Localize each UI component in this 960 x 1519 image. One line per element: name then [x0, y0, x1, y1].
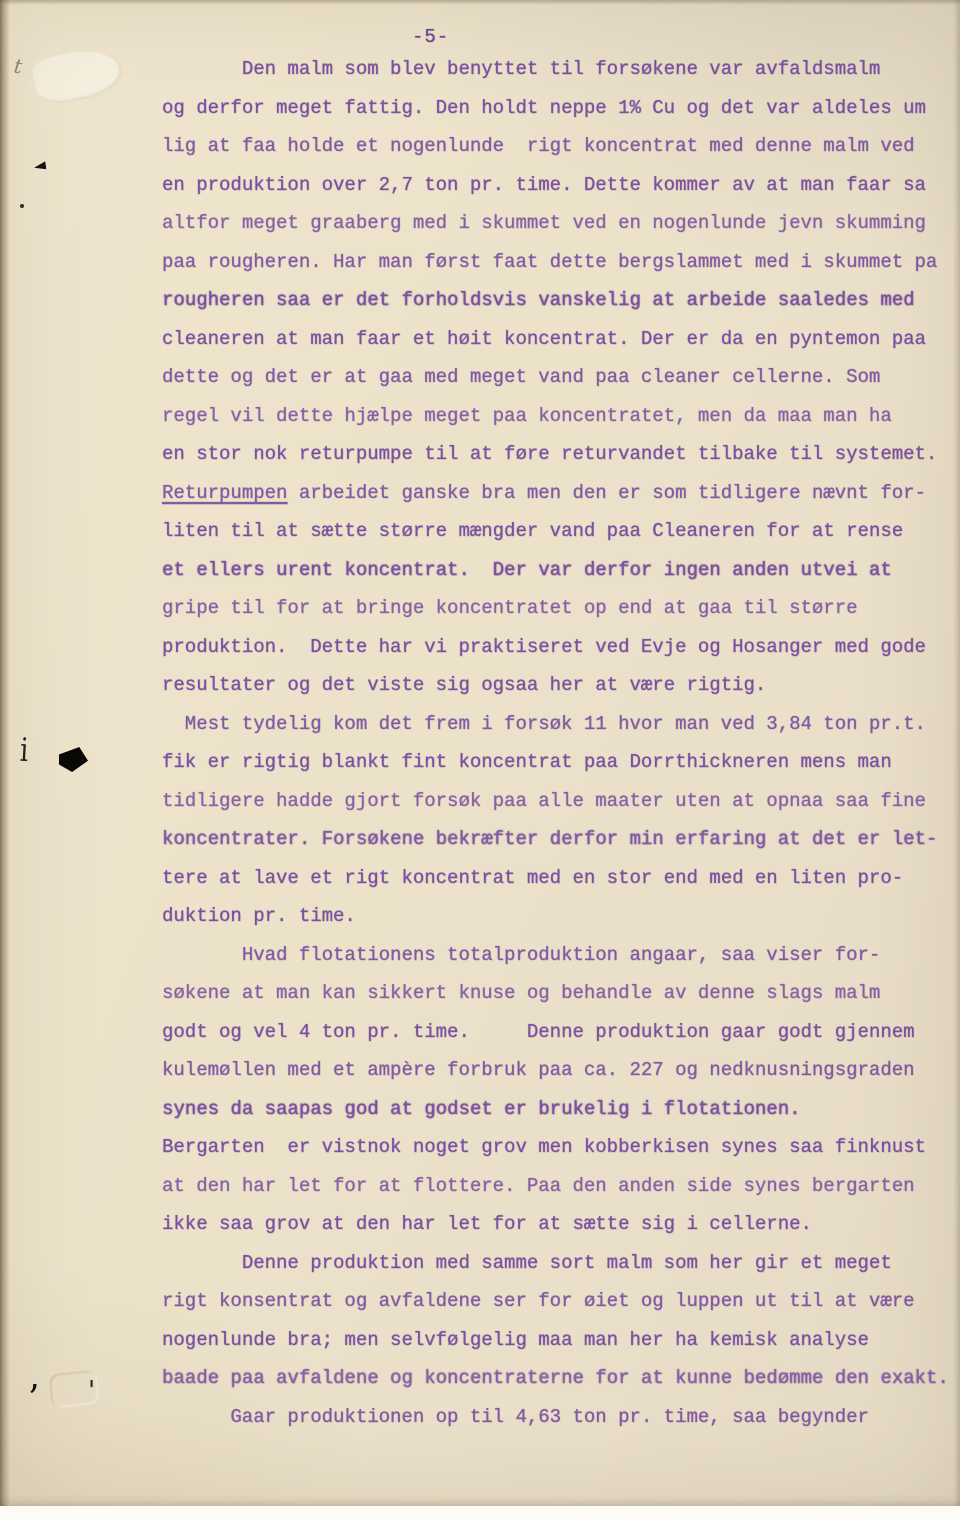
- typed-line: godt og vel 4 ton pr. time. Denne produk…: [162, 1013, 952, 1052]
- typed-line: koncentrater. Forsøkene bekræfter derfor…: [162, 820, 952, 859]
- typed-line: søkene at man kan sikkert knuse og behan…: [162, 974, 952, 1013]
- typed-line: duktion pr. time.: [162, 897, 952, 936]
- typed-line: en produktion over 2,7 ton pr. time. Det…: [162, 166, 952, 205]
- ink-speck-dot: [20, 204, 24, 208]
- typed-line: synes da saapas god at godset er brukeli…: [162, 1090, 952, 1129]
- ink-speck-apostrophe: ': [88, 1376, 95, 1406]
- typed-line: lig at faa holde et nogenlunde rigt konc…: [162, 127, 952, 166]
- pencil-mark-i: i: [19, 732, 29, 770]
- typed-line: Mest tydelig kom det frem i forsøk 11 hv…: [162, 705, 952, 744]
- typed-line: tere at lave et rigt koncentrat med en s…: [162, 859, 952, 898]
- scanner-bed-strip: [0, 1506, 960, 1519]
- typed-line: baade paa avfaldene og koncentraterne fo…: [162, 1359, 952, 1398]
- page-number: -5-: [412, 26, 449, 48]
- typed-line: Returpumpen arbeidet ganske bra men den …: [162, 474, 952, 513]
- typed-line: fik er rigtig blankt fint koncentrat paa…: [162, 743, 952, 782]
- scan-edge-top: [0, 0, 960, 5]
- typed-line: Den malm som blev benyttet til forsøkene…: [162, 50, 952, 89]
- typed-line: at den har let for at flottere. Paa den …: [162, 1167, 952, 1206]
- typed-line: rigt konsentrat og avfaldene ser for øie…: [162, 1282, 952, 1321]
- document-page: t i , ' -5- Den malm som blev benyttet t…: [0, 0, 960, 1506]
- scan-edge-right: [953, 0, 960, 1506]
- typed-line: en stor nok returpumpe til at føre retur…: [162, 435, 952, 474]
- underlined-word: Returpumpen: [162, 482, 287, 504]
- typed-line: Hvad flotationens totalproduktion angaar…: [162, 936, 952, 975]
- typed-line: Denne produktion med samme sort malm som…: [162, 1244, 952, 1283]
- paper-crease: [30, 44, 124, 107]
- typed-line: et ellers urent koncentrat. Der var derf…: [162, 551, 952, 590]
- typed-line: resultater og det viste sig ogsaa her at…: [162, 666, 952, 705]
- typed-line: Gaar produktionen op til 4,63 ton pr. ti…: [162, 1398, 952, 1437]
- typed-line: tidligere hadde gjort forsøk paa alle ma…: [162, 782, 952, 821]
- pencil-mark-t: t: [12, 54, 23, 79]
- typed-line: og derfor meget fattig. Den holdt neppe …: [162, 89, 952, 128]
- ink-blot-comma: ,: [27, 1356, 41, 1398]
- scan-edge-left: [0, 0, 10, 1506]
- typed-line: produktion. Dette har vi praktiseret ved…: [162, 628, 952, 667]
- typed-line: Bergarten er vistnok noget grov men kobb…: [162, 1128, 952, 1167]
- typed-line: cleaneren at man faar et høit koncentrat…: [162, 320, 952, 359]
- typed-line: dette og det er at gaa med meget vand pa…: [162, 358, 952, 397]
- typed-line: nogenlunde bra; men selvfølgelig maa man…: [162, 1321, 952, 1360]
- typed-line: paa rougheren. Har man først faat dette …: [162, 243, 952, 282]
- typed-line: liten til at sætte større mængder vand p…: [162, 512, 952, 551]
- typed-text-block: Den malm som blev benyttet til forsøkene…: [162, 50, 952, 1436]
- scanned-page-screenshot: t i , ' -5- Den malm som blev benyttet t…: [0, 0, 960, 1519]
- typed-line: gripe til for at bringe koncentratet op …: [162, 589, 952, 628]
- typed-line: rougheren saa er det forholdsvis vanskel…: [162, 281, 952, 320]
- typed-line: kulemøllen med et ampère forbruk paa ca.…: [162, 1051, 952, 1090]
- typed-line: ikke saa grov at den har let for at sætt…: [162, 1205, 952, 1244]
- typed-line: regel vil dette hjælpe meget paa koncent…: [162, 397, 952, 436]
- ink-blot-wedge: [59, 747, 88, 772]
- ink-speck-arrow: [33, 161, 46, 172]
- typed-line: altfor meget graaberg med i skummet ved …: [162, 204, 952, 243]
